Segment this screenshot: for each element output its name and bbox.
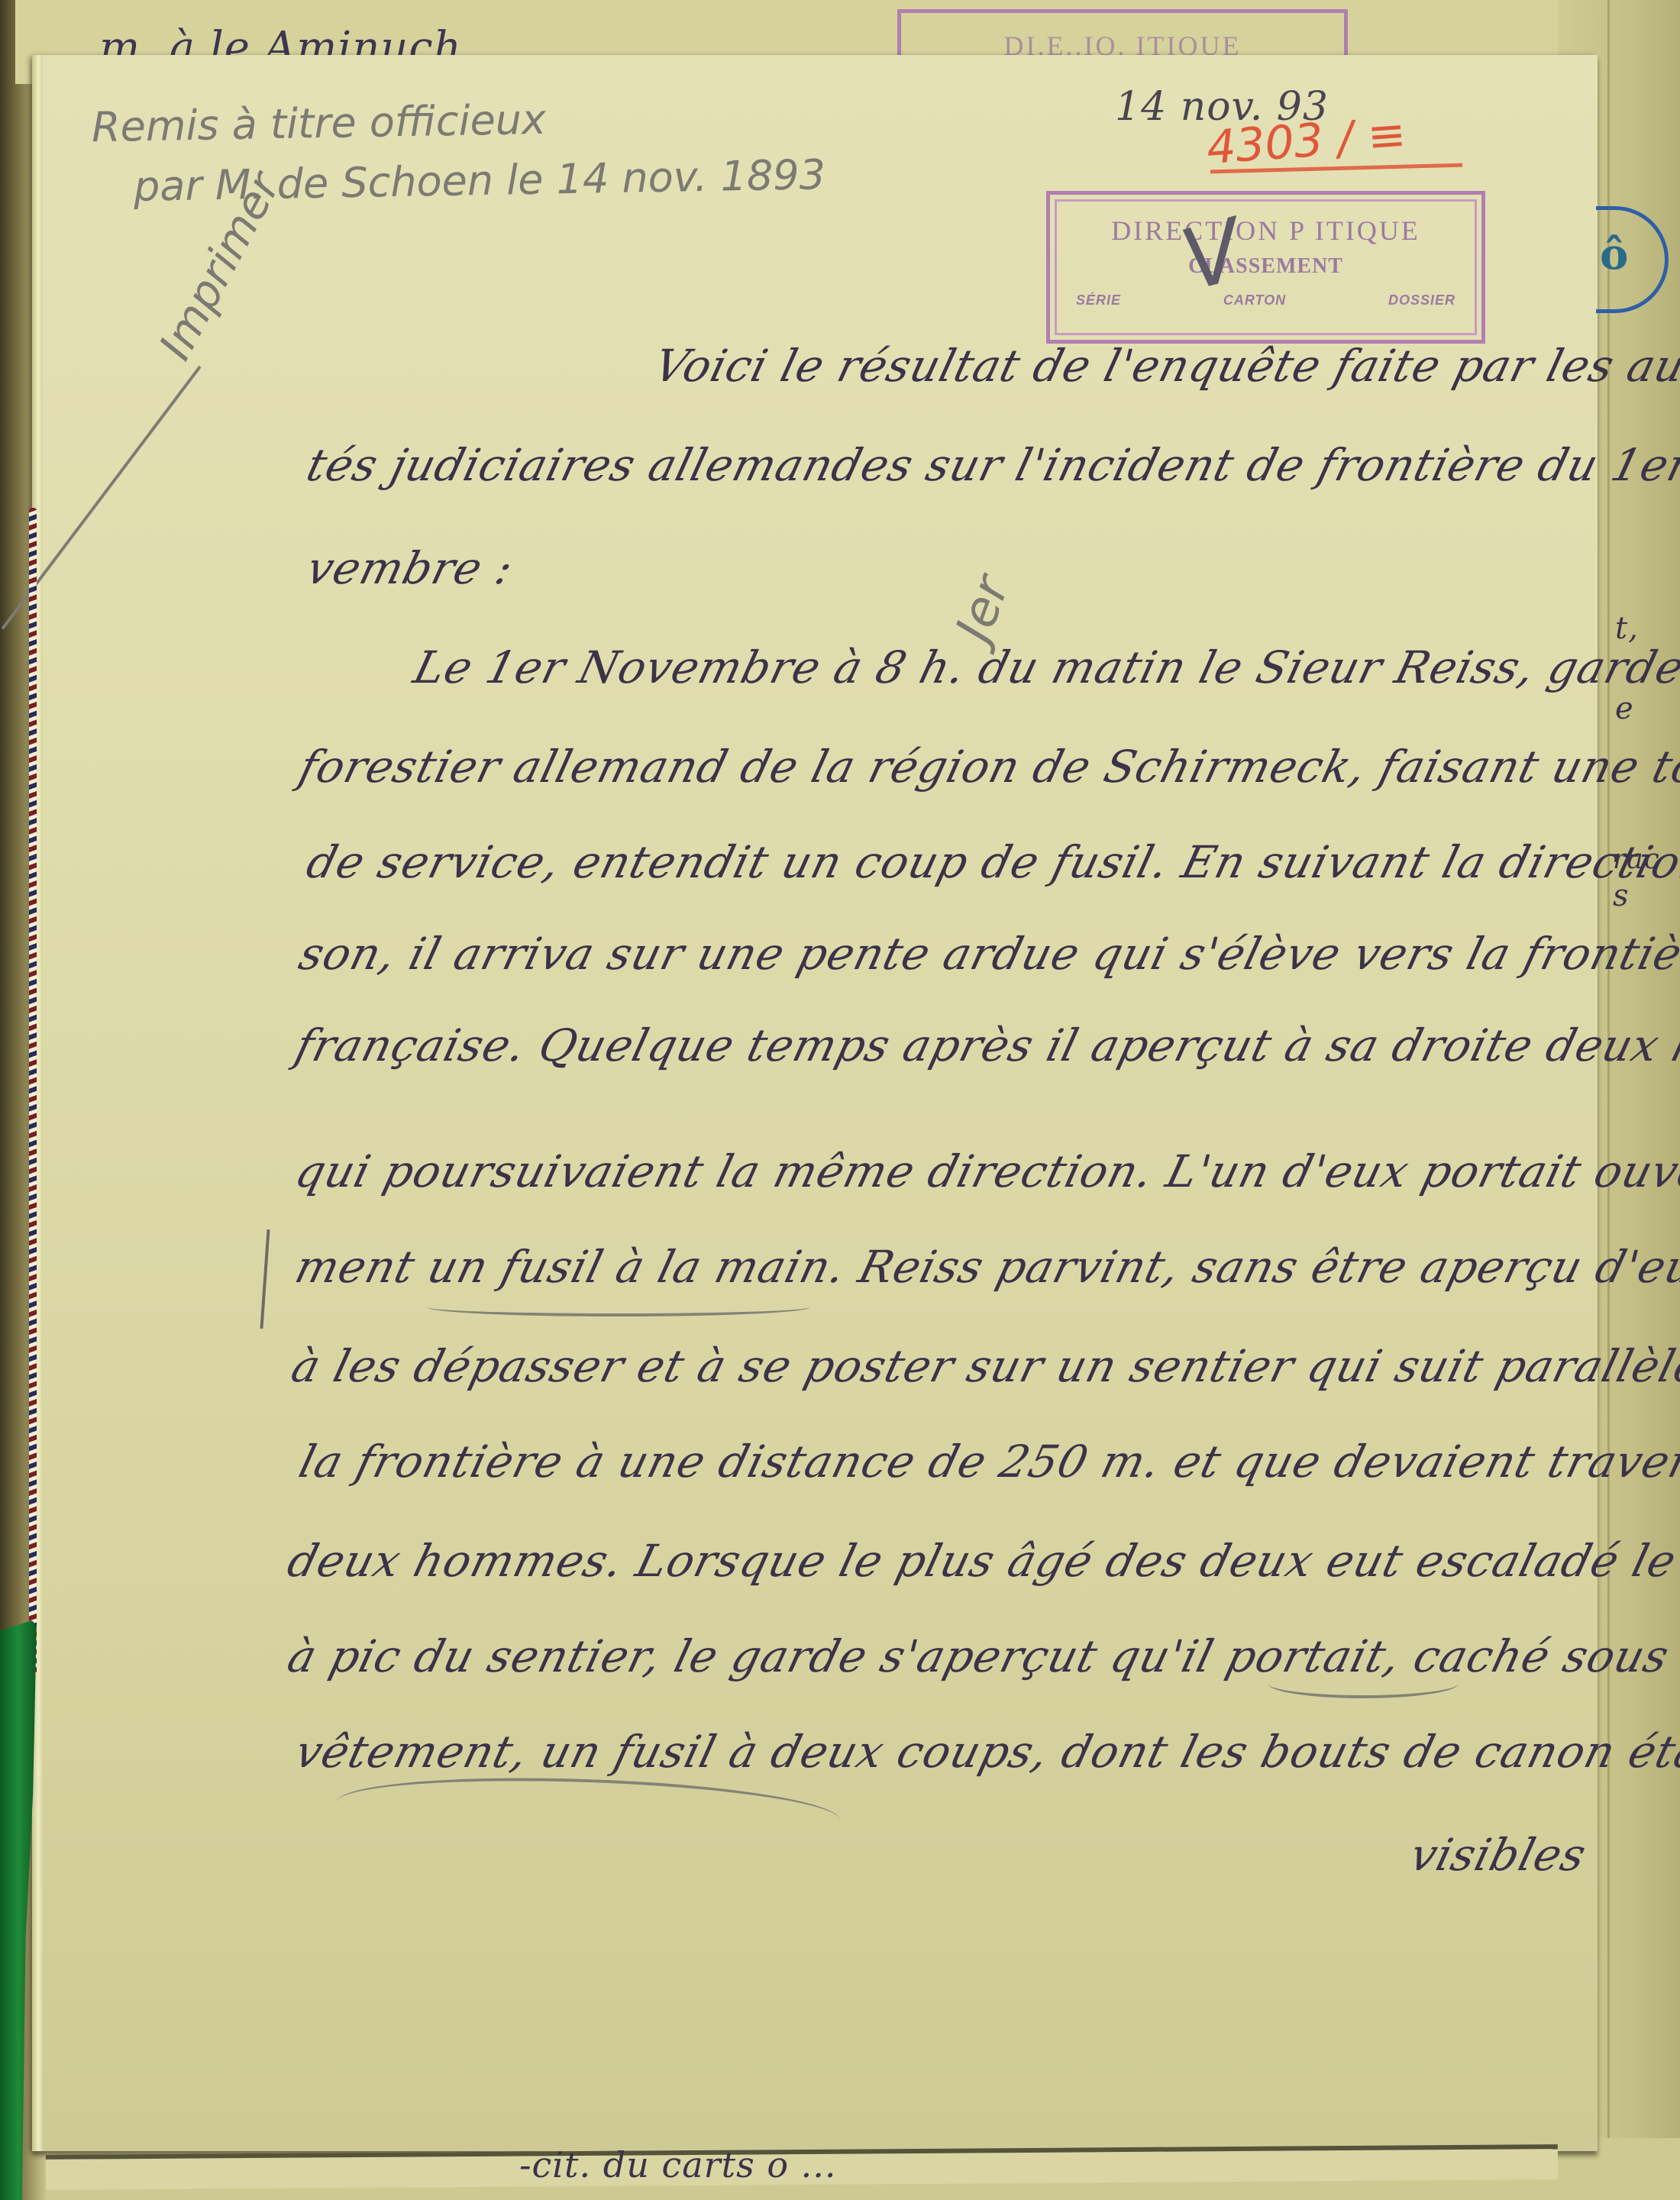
stamp-title: DIRECTION P ITIQUE (1050, 215, 1481, 247)
bottom-fragment: -cit. du carts o ... (519, 2144, 837, 2185)
body-line-6: de service, entendit un coup de fusil. E… (302, 836, 1680, 888)
edge-fragment: s (1613, 878, 1630, 913)
body-line-1: Voici le résultat de l'enquête faite par… (649, 340, 1680, 392)
body-line-8: française. Quelque temps après il aperçu… (290, 1019, 1680, 1071)
body-line-5: forestier allemand de la région de Schir… (294, 741, 1680, 793)
blue-mark-glyph: ô (1600, 229, 1628, 279)
body-line-4: Le 1er Novembre à 8 h. du matin le Sieur… (409, 641, 1680, 693)
body-line-15: vêtement, un fusil à deux coups, dont le… (290, 1726, 1680, 1778)
body-line-12: la frontière à une distance de 250 m. et… (294, 1436, 1680, 1488)
body-line-3: vembre : (302, 542, 519, 594)
classification-stamp: DIRECTION P ITIQUE CLASSEMENT SÉRIE CART… (1046, 191, 1485, 344)
catchword: visibles (1405, 1829, 1591, 1881)
body-line-7: son, il arriva sur une pente ardue qui s… (294, 928, 1680, 980)
edge-fragment: rac (1613, 844, 1660, 875)
edge-fragment: e (1615, 691, 1634, 726)
stamp-subtitle: CLASSEMENT (1050, 254, 1481, 279)
body-line-10: ment un fusil à la main. Reiss parvint, … (290, 1241, 1680, 1293)
sheet-edge-line (1607, 0, 1610, 2200)
edge-fragment: t, (1615, 611, 1639, 646)
marginal-note-line1: Remis à titre officieux (91, 95, 546, 151)
binding-cord (29, 508, 37, 1676)
body-line-2: tés judiciaires allemandes sur l'inciden… (302, 439, 1680, 491)
body-line-11: à les dépasser et à se poster sur un sen… (286, 1340, 1680, 1392)
pencil-underline-1 (428, 1298, 809, 1316)
stamp-col-dossier: DOSSIER (1388, 292, 1455, 309)
pencil-underline-2 (1268, 1669, 1459, 1698)
body-line-9: qui poursuivaient la même direction. L'u… (290, 1145, 1680, 1197)
body-line-14: à pic du sentier, le garde s'aperçut qu'… (283, 1630, 1680, 1682)
stamp-col-serie: SÉRIE (1076, 292, 1121, 309)
body-line-13: deux hommes. Lorsque le plus âgé des deu… (283, 1535, 1680, 1587)
